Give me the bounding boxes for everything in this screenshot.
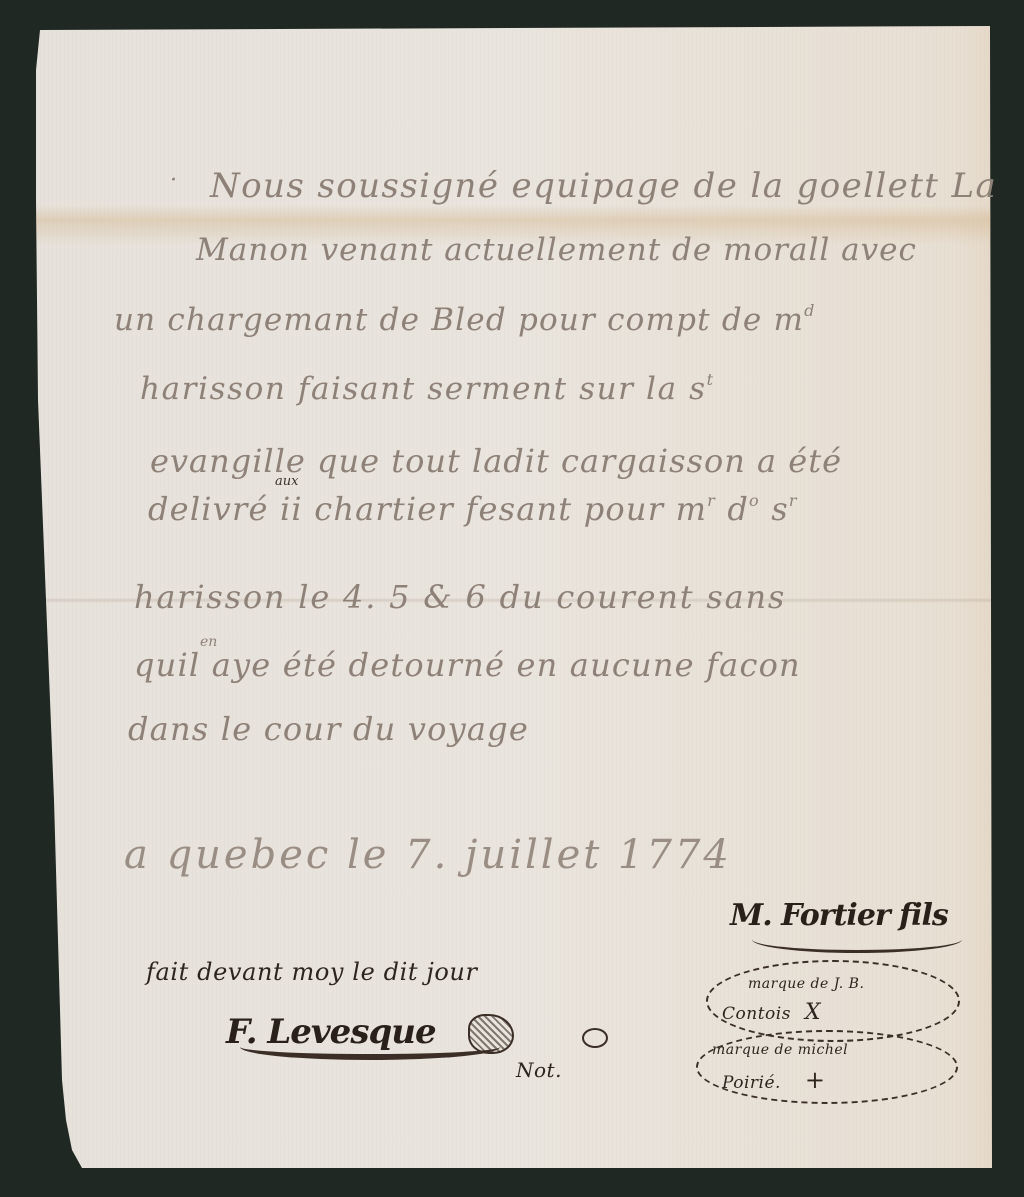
notary-attestation: fait devant moy le dit jour (146, 958, 478, 986)
body-line-1: Nous soussigné equipage de la goellett L… (210, 166, 997, 206)
cross-mark-icon: X (805, 1000, 821, 1025)
leading-dot: · (170, 168, 178, 193)
body-line-tail: s (760, 490, 789, 528)
notary-signature-flourish (240, 1034, 500, 1060)
body-line-text: evangille que tout ladit cargaisson a ét… (150, 442, 842, 480)
body-line-text: dans le cour du voyage (128, 710, 529, 748)
body-line-tail: d (716, 490, 749, 528)
superscript: r (789, 491, 798, 510)
dateline: a quebec le 7. juillet 1774 (124, 832, 732, 878)
body-line-3: un chargemant de Bled pour compt de md (114, 301, 816, 338)
plus-mark-icon: + (805, 1066, 826, 1094)
body-line-text: Manon venant actuellement de morall avec (196, 232, 917, 268)
body-line-6: delivré ii chartier fesant pour mr do sr (148, 490, 798, 528)
body-line-2: Manon venant actuellement de morall avec (196, 232, 917, 268)
insertion-aux: aux (275, 474, 298, 489)
body-line-text: quil aye été detourné en aucune facon (134, 646, 801, 684)
superscript: o (749, 491, 760, 510)
notary-paraph-loop-icon (582, 1028, 608, 1048)
mark-poirie-name: Poirié. + (722, 1066, 825, 1094)
superscript: t (707, 370, 715, 389)
notary-title: Not. (516, 1058, 562, 1082)
mark-contois-line1: marque de J. B. (748, 976, 864, 992)
body-line-7: harisson le 4. 5 & 6 du courent sans (134, 578, 786, 616)
superscript: r (707, 491, 716, 510)
mark-name-text: Poirié. (722, 1073, 781, 1093)
body-line-4: harisson faisant serment sur la st (140, 370, 715, 407)
body-line-text: un chargemant de Bled pour compt de m (114, 302, 804, 338)
body-line-text: harisson faisant serment sur la s (140, 371, 707, 407)
body-line-8: quil aye été detourné en aucune facon (134, 646, 801, 684)
body-line-text: delivré ii chartier fesant pour m (148, 490, 707, 528)
body-line-text: Nous soussigné equipage de la goellett L… (210, 166, 997, 206)
mark-poirie-line1: marque de michel (712, 1042, 848, 1058)
mark-contois-name: Contois X (722, 1000, 821, 1025)
body-line-5: evangille que tout ladit cargaisson a ét… (150, 442, 842, 480)
notary-paraph-icon (468, 1014, 514, 1054)
superscript: d (804, 301, 815, 320)
mark-name-text: Contois (722, 1004, 791, 1024)
body-line-text: harisson le 4. 5 & 6 du courent sans (134, 578, 786, 616)
body-line-9: dans le cour du voyage (128, 710, 529, 748)
fortier-signature-flourish (752, 926, 962, 953)
